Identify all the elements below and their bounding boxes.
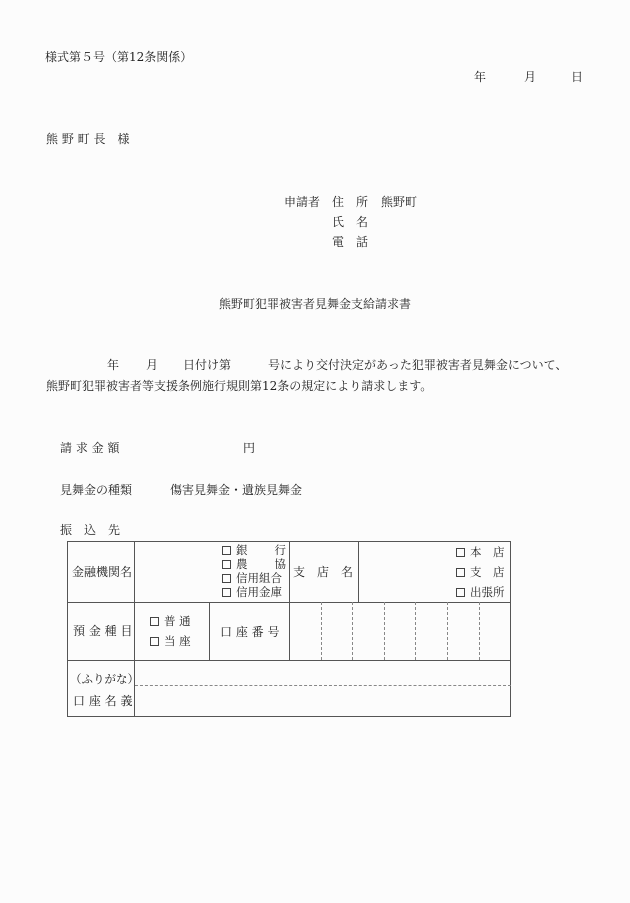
name-label: 氏 名: [332, 216, 368, 228]
branch-type-head-office[interactable]: 本 店: [456, 547, 504, 559]
form-number: 様式第５号（第12条関係）: [45, 51, 192, 63]
checkbox-icon[interactable]: [222, 546, 231, 555]
institution-type-ja[interactable]: 農 協: [222, 559, 286, 571]
checkbox-icon[interactable]: [150, 637, 159, 646]
furigana-label: （ふりがな）: [70, 674, 139, 686]
payment-type-value[interactable]: 傷害見舞金・遺族見舞金: [170, 484, 302, 496]
date-year-label: 年: [474, 71, 486, 83]
deposit-type-ordinary[interactable]: 普 通: [150, 616, 191, 628]
checkbox-icon[interactable]: [456, 588, 465, 597]
col-divider: [209, 602, 210, 660]
account-holder-label: 口 座 名 義: [73, 695, 132, 707]
bank-account-table: 金融機関名 銀 行 農 協 信用組合 信用金庫 支 店 名 本 店 支 店 出張…: [67, 541, 511, 717]
body-year: 年: [107, 359, 119, 371]
account-holder-name-input[interactable]: [135, 686, 511, 717]
transfer-destination-label: 振 込 先: [60, 524, 120, 536]
checkbox-icon[interactable]: [456, 568, 465, 577]
branch-type-branch[interactable]: 支 店: [456, 567, 504, 579]
addressee: 熊 野 町 長 様: [46, 133, 129, 145]
institution-type-credit-union[interactable]: 信用組合: [222, 573, 282, 585]
amount-unit: 円: [243, 442, 255, 454]
document-title: 熊野町犯罪被害者見舞金支給請求書: [200, 298, 430, 310]
account-digit-6[interactable]: [448, 603, 479, 660]
account-number-label: 口 座 番 号: [220, 626, 279, 638]
body-line2: 熊野町犯罪被害者等支援条例施行規則第12条の規定により請求します。: [46, 380, 432, 392]
institution-type-shinkin[interactable]: 信用金庫: [222, 587, 282, 599]
checkbox-icon[interactable]: [222, 560, 231, 569]
account-holder-furigana-input[interactable]: [135, 661, 511, 685]
checkbox-icon[interactable]: [222, 588, 231, 597]
account-digit-3[interactable]: [353, 603, 384, 660]
institution-name-input[interactable]: [135, 543, 220, 601]
checkbox-icon[interactable]: [150, 617, 159, 626]
phone-label: 電 話: [332, 236, 368, 248]
account-digit-4[interactable]: [385, 603, 415, 660]
institution-name-label: 金融機関名: [72, 566, 132, 578]
body-month: 月: [146, 359, 158, 371]
account-digit-5[interactable]: [416, 603, 447, 660]
branch-name-label: 支 店 名: [293, 566, 353, 578]
branch-name-input[interactable]: [359, 543, 449, 601]
address-label: 住 所: [332, 196, 368, 208]
deposit-type-label: 預 金 種 目: [73, 625, 132, 637]
address-value: 熊野町: [381, 196, 417, 208]
body-day: 日付け第: [183, 359, 231, 371]
date-day-label: 日: [571, 71, 583, 83]
branch-type-sub-branch[interactable]: 出張所: [456, 587, 505, 599]
amount-label: 請 求 金 額: [60, 442, 119, 454]
body-line1-rest: 号により交付決定があった犯罪被害者見舞金について、: [268, 359, 567, 371]
account-digit-1[interactable]: [290, 603, 321, 660]
institution-type-bank[interactable]: 銀 行: [222, 545, 286, 557]
account-digit-2[interactable]: [322, 603, 352, 660]
account-digit-7[interactable]: [480, 603, 511, 660]
date-month-label: 月: [524, 71, 536, 83]
checkbox-icon[interactable]: [456, 548, 465, 557]
checkbox-icon[interactable]: [222, 574, 231, 583]
deposit-type-checking[interactable]: 当 座: [150, 636, 191, 648]
applicant-label: 申請者: [284, 196, 320, 208]
payment-type-label: 見舞金の種類: [60, 484, 132, 496]
